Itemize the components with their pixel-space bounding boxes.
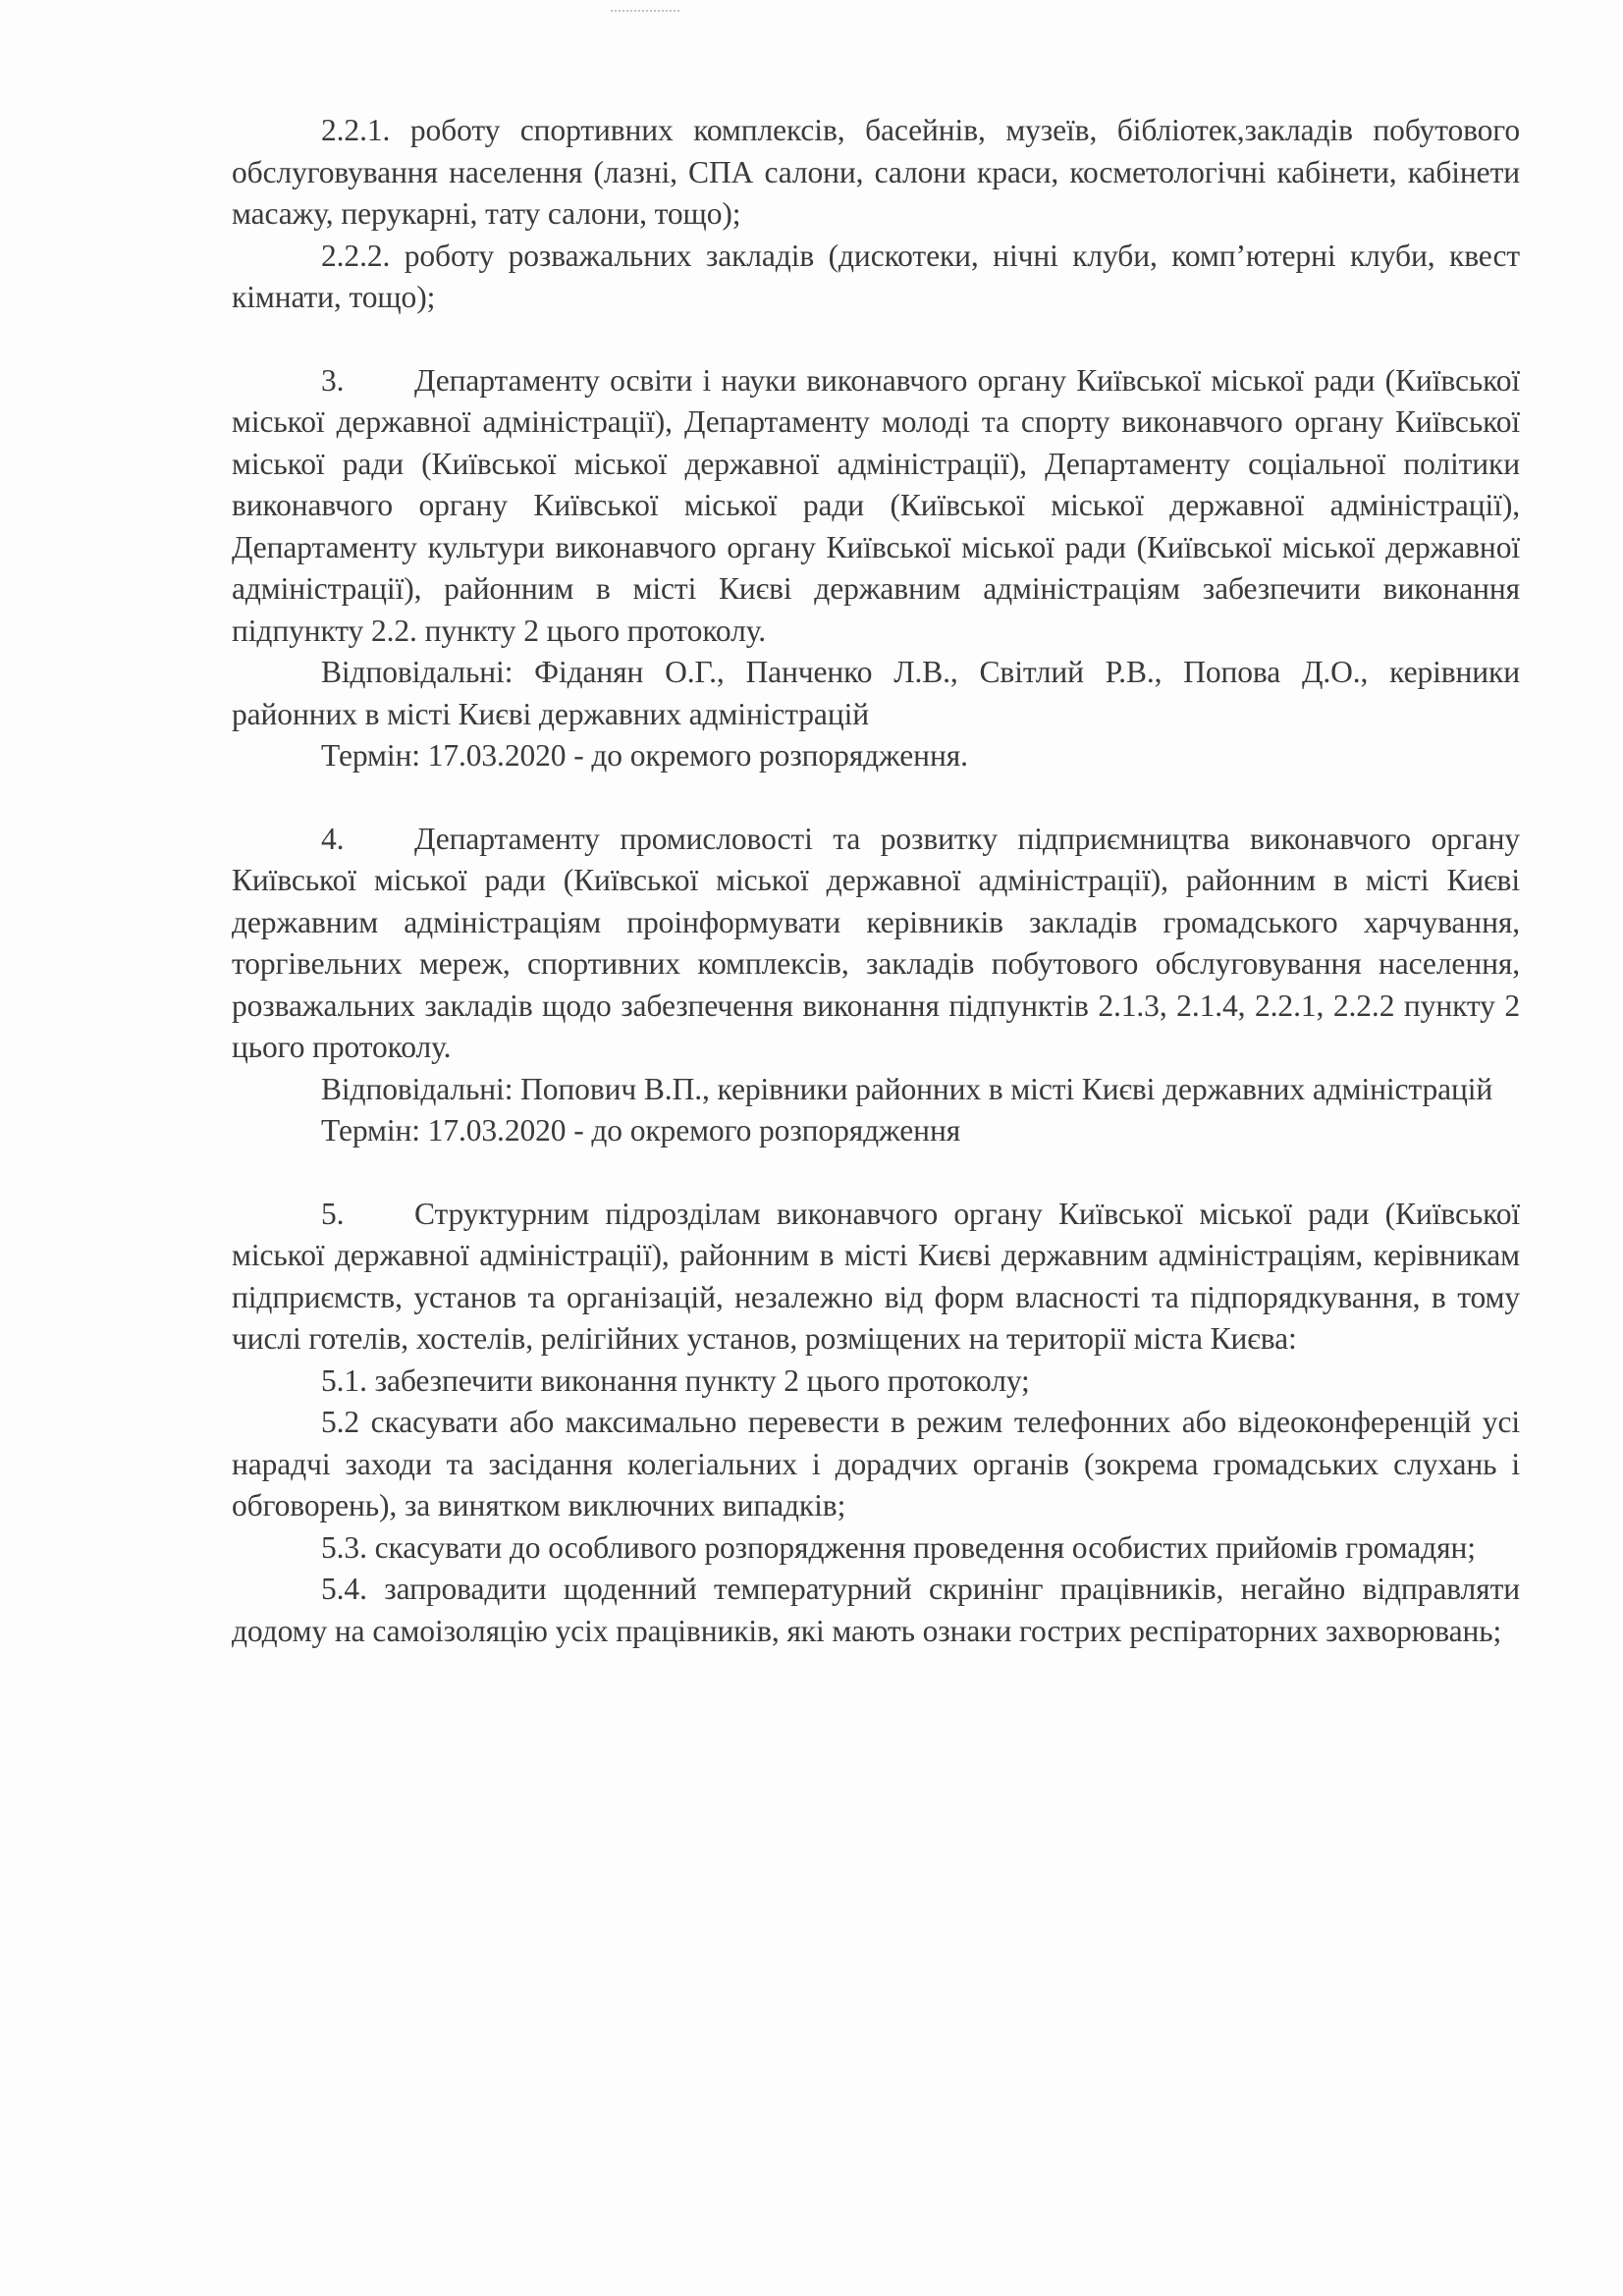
paragraph-5-2: 5.2 скасувати або максимально перевести … (232, 1402, 1520, 1527)
item-number: 3. (321, 360, 414, 402)
item-text: Департаменту освіти і науки виконавчого … (232, 363, 1520, 648)
item-text: Структурним підрозділам виконавчого орга… (232, 1197, 1520, 1357)
document-page: 2.2.1. роботу спортивних комплексів, бас… (232, 110, 1520, 1652)
paragraph-4: 4.Департаменту промисловості та розвитку… (232, 819, 1520, 1069)
paragraph-5: 5.Структурним підрозділам виконавчого ор… (232, 1194, 1520, 1361)
item-number: 4. (321, 819, 414, 861)
paragraph-5-3: 5.3. скасувати до особливого розпоряджен… (232, 1527, 1520, 1570)
responsible-3: Відповідальні: Фіданян О.Г., Панченко Л.… (232, 652, 1520, 735)
responsible-4: Відповідальні: Попович В.П., керівники р… (232, 1069, 1520, 1111)
item-text: Департаменту промисловості та розвитку п… (232, 822, 1520, 1065)
paragraph-2-2-1: 2.2.1. роботу спортивних комплексів, бас… (232, 110, 1520, 236)
deadline-4: Термін: 17.03.2020 - до окремого розпоря… (232, 1110, 1520, 1152)
scan-artifact (611, 10, 679, 16)
paragraph-5-1: 5.1. забезпечити виконання пункту 2 цьог… (232, 1361, 1520, 1403)
paragraph-5-4: 5.4. запровадити щоденний температурний … (232, 1569, 1520, 1652)
item-number: 5. (321, 1194, 414, 1236)
paragraph-3: 3.Департаменту освіти і науки виконавчог… (232, 360, 1520, 653)
deadline-3: Термін: 17.03.2020 - до окремого розпоря… (232, 735, 1520, 777)
paragraph-2-2-2: 2.2.2. роботу розважальних закладів (дис… (232, 236, 1520, 319)
